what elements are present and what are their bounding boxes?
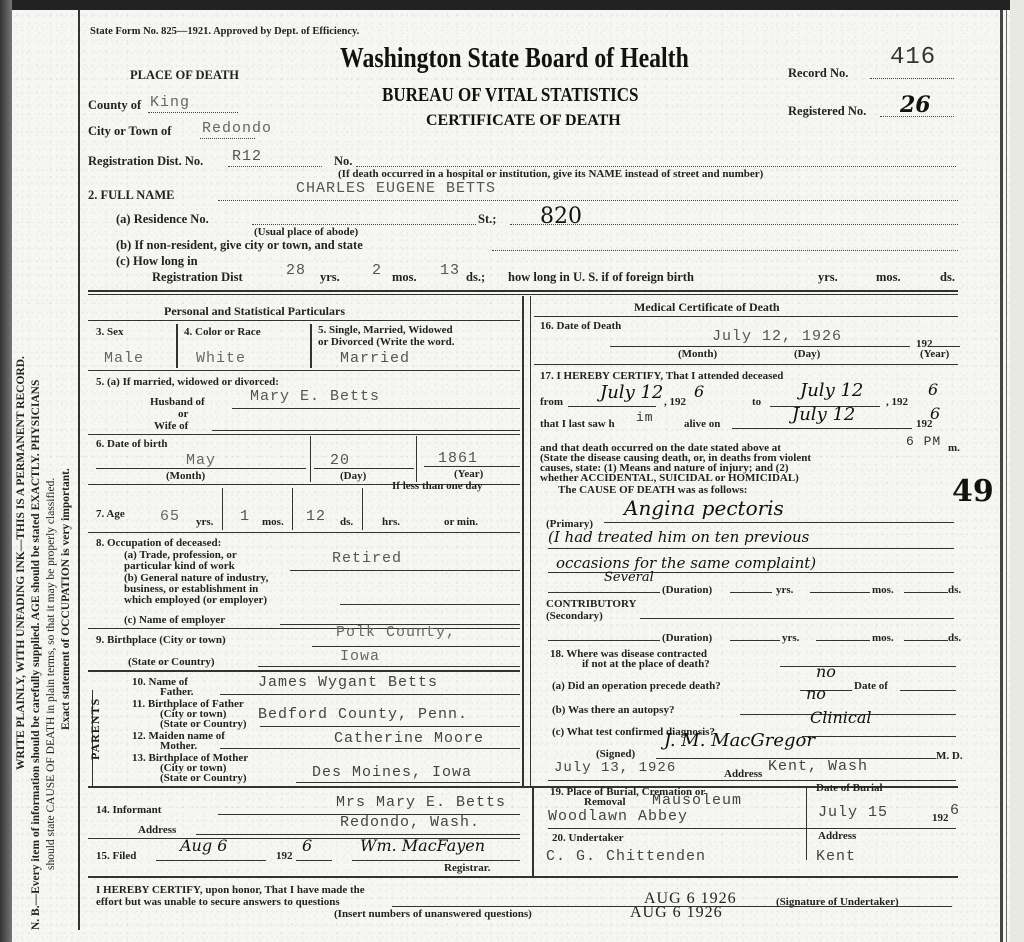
how-long-label-1: (c) How long in	[116, 254, 198, 269]
autopsy-value: no	[806, 684, 826, 703]
margin-line-1: WRITE PLAINLY, WITH UNFADING INK—THIS IS…	[14, 10, 29, 930]
marital-label: 5. Single, Married, Widowed	[318, 324, 453, 336]
physician-address-label: Address	[724, 768, 762, 780]
race-value: White	[196, 350, 246, 367]
death-time-value: 6 PM	[906, 434, 941, 449]
scan-edge-top	[0, 0, 1024, 10]
spouse-question: 5. (a) If married, widowed or divorced:	[96, 376, 279, 388]
informant-address-value: Redondo, Wash.	[340, 814, 480, 831]
birthplace-label: 9. Birthplace (City or town)	[96, 634, 226, 646]
autopsy-label: (b) Was there an autopsy?	[552, 704, 674, 716]
occupation-label: 8. Occupation of deceased:	[96, 538, 221, 549]
burial-date-year: 6	[950, 802, 960, 819]
residence-label: (a) Residence No.	[116, 212, 209, 227]
scan-edge-right	[1010, 0, 1024, 942]
undertaker-address-value: Kent	[816, 848, 856, 865]
last-alive-year: 6	[930, 404, 940, 423]
informant-label: 14. Informant	[96, 804, 161, 816]
race-label: 4. Color or Race	[184, 326, 261, 338]
scan-edge-left	[0, 0, 12, 942]
last-alive-date: July 12	[792, 404, 855, 425]
mother-birthplace-value: Des Moines, Iowa	[312, 764, 472, 781]
registration-dist-value: R12	[232, 148, 262, 165]
informant-address-label: Address	[138, 824, 176, 836]
full-name-label: 2. FULL NAME	[88, 188, 174, 203]
mother-name-value: Catherine Moore	[334, 730, 484, 747]
burial-place-value-2: Woodlawn Abbey	[548, 808, 688, 825]
death-date-value: July 12, 1926	[712, 328, 842, 345]
primary-cause-note-1: (I had treated him on ten previous	[548, 528, 809, 546]
last-saw-pronoun: im	[636, 410, 654, 425]
undertaker-address-label: Address	[818, 830, 856, 842]
street-no-label: No.	[334, 154, 352, 169]
margin-line-2: N. B.—Every item of information should b…	[29, 10, 44, 930]
registration-dist-label: Registration Dist. No.	[88, 154, 203, 169]
right-border	[1000, 10, 1003, 942]
how-long-ds: 13	[440, 262, 460, 279]
age-months: 1	[240, 508, 250, 525]
bureau-title: BUREAU OF VITAL STATISTICS	[382, 84, 639, 107]
attendance-certify-label: 17. I HEREBY CERTIFY, That I attended de…	[540, 370, 783, 382]
residence-st-label: St.;	[478, 212, 496, 227]
how-long-yrs: 28	[286, 262, 306, 279]
wife-label: Wife of	[154, 420, 188, 432]
dob-month: May	[186, 452, 216, 469]
marital-value: Married	[340, 350, 410, 367]
margin-rule	[78, 10, 80, 930]
physician-address-value: Kent, Wash	[768, 758, 868, 775]
filed-year: 6	[302, 836, 312, 855]
record-no-label: Record No.	[788, 66, 848, 81]
margin-line-3: should state CAUSE OF DEATH in plain ter…	[44, 10, 59, 930]
father-birthplace-value: Bedford County, Penn.	[258, 706, 468, 723]
right-border-inner	[1006, 10, 1007, 942]
cause-of-death-label: The CAUSE OF DEATH was as follows:	[558, 484, 747, 496]
place-of-death-heading: PLACE OF DEATH	[130, 68, 239, 83]
residence-value: 820	[540, 204, 582, 229]
board-title: Washington State Board of Health	[340, 42, 689, 75]
less-than-day-label: If less than one day	[392, 480, 482, 492]
age-days: 12	[306, 508, 326, 525]
father-name-value: James Wygant Betts	[258, 674, 438, 691]
burial-date-value: July 15	[818, 804, 888, 821]
contributory-label: CONTRIBUTORY	[546, 598, 636, 610]
attended-to-date: July 12	[800, 380, 863, 401]
how-long-label-2: Registration Dist	[152, 270, 243, 285]
certificate-title: CERTIFICATE OF DEATH	[426, 112, 621, 130]
parents-side-label: PARENTS	[88, 698, 103, 760]
birthplace-city: Polk County,	[336, 624, 456, 641]
margin-instructions: WRITE PLAINLY, WITH UNFADING INK—THIS IS…	[14, 10, 74, 930]
husband-label: Husband of	[150, 396, 205, 408]
diagnosis-test-value: Clinical	[810, 708, 872, 727]
undertaker-label: 20. Undertaker	[552, 832, 624, 844]
informant-value: Mrs Mary E. Betts	[336, 794, 506, 811]
occupation-value: Retired	[332, 550, 402, 567]
primary-duration-value: Several	[604, 570, 654, 585]
abode-note: (Usual place of abode)	[254, 226, 358, 238]
registered-no-label: Registered No.	[788, 104, 866, 119]
undertaker-value: C. G. Chittenden	[546, 848, 706, 865]
sex-label: 3. Sex	[96, 326, 124, 338]
registered-no-value: 26	[900, 92, 931, 118]
age-years: 65	[160, 508, 180, 525]
undertaker-signature-label: (Signature of Undertaker)	[776, 896, 899, 908]
age-label: 7. Age	[96, 508, 125, 520]
margin-line-4: Exact statement of OCCUPATION is very im…	[59, 10, 74, 930]
burial-place-value-1: Mausoleum	[652, 792, 742, 809]
husband-value: Mary E. Betts	[250, 388, 380, 405]
death-date-label: 16. Date of Death	[540, 320, 621, 332]
medical-heading: Medical Certificate of Death	[634, 300, 780, 315]
last-saw-label: that I last saw h	[540, 418, 615, 430]
signed-label: (Signed)	[596, 748, 635, 760]
attended-from-year: 6	[694, 382, 704, 401]
primary-cause-value: Angina pectoris	[624, 496, 784, 520]
signed-date: July 13, 1926	[554, 760, 676, 776]
sex-value: Male	[104, 350, 144, 367]
primary-cause-note-2: occasions for the same complaint)	[556, 554, 816, 572]
how-long-mos: 2	[372, 262, 382, 279]
dob-label: 6. Date of birth	[96, 438, 168, 450]
employer-label: (c) Name of employer	[124, 614, 225, 626]
dob-day: 20	[330, 452, 350, 469]
undertaker-certify-text: I HEREBY CERTIFY, upon honor, That I hav…	[96, 884, 365, 896]
physician-signature: J. M. MacGregor	[664, 730, 815, 751]
registrar-signature: Wm. MacFayen	[360, 836, 485, 855]
dob-year: 1861	[438, 450, 478, 467]
operation-value: no	[816, 662, 836, 681]
filed-date: Aug 6	[180, 836, 227, 855]
operation-label: (a) Did an operation precede death?	[552, 680, 721, 692]
attended-to-year: 6	[928, 380, 938, 399]
cause-code: 49	[952, 474, 994, 509]
burial-date-label: Date of Burial	[816, 782, 883, 794]
filed-label: 15. Filed	[96, 850, 136, 862]
non-resident-label: (b) If non-resident, give city or town, …	[116, 238, 363, 253]
city-value: Redondo	[202, 120, 272, 137]
county-label: County of	[88, 98, 141, 113]
full-name-value: CHARLES EUGENE BETTS	[296, 180, 496, 197]
form-number: State Form No. 825—1921. Approved by Dep…	[90, 26, 359, 37]
personal-heading: Personal and Statistical Particulars	[164, 304, 345, 319]
county-value: King	[150, 94, 190, 111]
received-stamp-2: AUG 6 1926	[630, 904, 723, 922]
attended-from-date: July 12	[600, 382, 663, 403]
record-no-value: 416	[890, 44, 936, 71]
city-label: City or Town of	[88, 124, 171, 139]
certificate-paper	[0, 0, 1024, 942]
birthplace-state: Iowa	[340, 648, 380, 665]
hospital-note: (If death occurred in a hospital or inst…	[338, 168, 763, 180]
foreign-birth-label: how long in U. S. if of foreign birth	[508, 270, 694, 285]
